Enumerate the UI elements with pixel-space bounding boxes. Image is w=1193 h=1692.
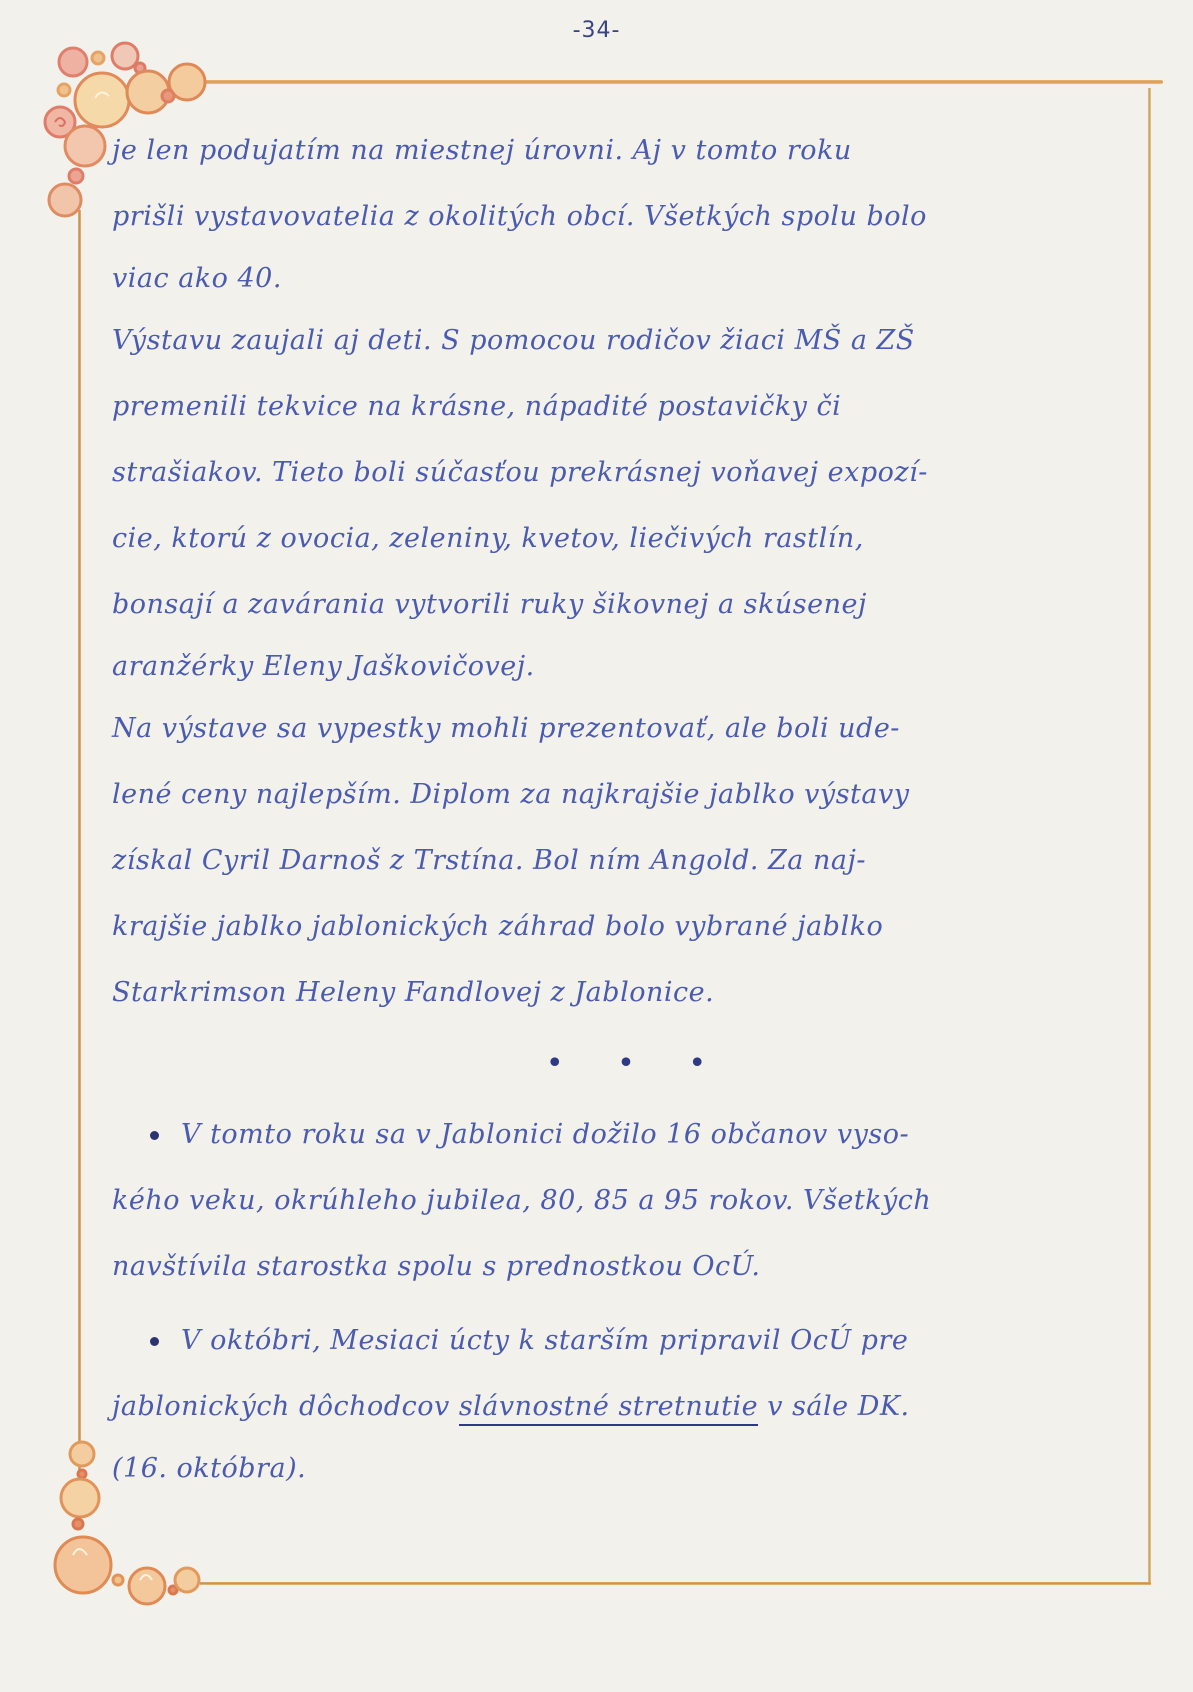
text-line: krajšie jablko jablonických záhrad bolo … bbox=[112, 894, 1132, 960]
paragraph-children-exhibit: Výstavu zaujali aj deti. S pomocou rodič… bbox=[112, 308, 1132, 696]
bullet-dot-icon bbox=[150, 1337, 159, 1346]
text-line: bonsají a zavárania vytvorili ruky šikov… bbox=[112, 572, 1132, 638]
bullet-seniors-meeting: V októbri, Mesiaci úcty k starším pripra… bbox=[112, 1308, 1132, 1498]
text-line: V tomto roku sa v Jablonici dožilo 16 ob… bbox=[181, 1119, 909, 1150]
text-fragment: v sále DK. bbox=[767, 1391, 909, 1422]
text-line: (16. októbra). bbox=[112, 1440, 1132, 1498]
bullet-line: V tomto roku sa v Jablonici dožilo 16 ob… bbox=[112, 1102, 1132, 1168]
text-line: Na výstave sa vypestky mohli prezentovať… bbox=[112, 696, 1132, 762]
frame-left-border bbox=[78, 210, 81, 1480]
text-line: kého veku, okrúhleho jubilea, 80, 85 a 9… bbox=[112, 1168, 1132, 1234]
text-line: Starkrimson Heleny Fandlovej z Jablonice… bbox=[112, 960, 1132, 1026]
paragraph-exhibition-visitors: je len podujatím na miestnej úrovni. Aj … bbox=[112, 118, 1132, 308]
paragraph-awards: Na výstave sa vypestky mohli prezentovať… bbox=[112, 696, 1132, 1026]
frame-top-border bbox=[205, 80, 1163, 84]
text-line: lené ceny najlepším. Diplom za najkrajši… bbox=[112, 762, 1132, 828]
text-line: získal Cyril Darnoš z Trstína. Bol ním A… bbox=[112, 828, 1132, 894]
text-line: V októbri, Mesiaci úcty k starším pripra… bbox=[181, 1325, 908, 1356]
handwritten-text-body: je len podujatím na miestnej úrovni. Aj … bbox=[112, 118, 1132, 1498]
text-line: premenili tekvice na krásne, nápadité po… bbox=[112, 374, 1132, 440]
text-line: jablonických dôchodcov slávnostné stretn… bbox=[112, 1374, 1132, 1440]
underlined-text: slávnostné stretnutie bbox=[459, 1391, 758, 1426]
text-line: je len podujatím na miestnej úrovni. Aj … bbox=[112, 118, 1132, 184]
text-line: aranžérky Eleny Jaškovičovej. bbox=[112, 638, 1132, 696]
frame-bottom-border bbox=[200, 1582, 1151, 1585]
section-separator: • • • bbox=[112, 1026, 1132, 1102]
text-line: viac ako 40. bbox=[112, 250, 1132, 308]
text-line: prišli vystavovatelia z okolitých obcí. … bbox=[112, 184, 1132, 250]
text-line: Výstavu zaujali aj deti. S pomocou rodič… bbox=[112, 308, 1132, 374]
text-line: navštívila starostka spolu s prednostkou… bbox=[112, 1234, 1132, 1300]
frame-right-border bbox=[1148, 88, 1151, 1585]
text-line: strašiakov. Tieto boli súčasťou prekrásn… bbox=[112, 440, 1132, 506]
bullet-line: V októbri, Mesiaci úcty k starším pripra… bbox=[112, 1308, 1132, 1374]
bullet-dot-icon bbox=[150, 1131, 159, 1140]
text-fragment: jablonických dôchodcov bbox=[112, 1391, 450, 1422]
bullet-jubilees: V tomto roku sa v Jablonici dožilo 16 ob… bbox=[112, 1102, 1132, 1300]
text-line: cie, ktorú z ovocia, zeleniny, kvetov, l… bbox=[112, 506, 1132, 572]
